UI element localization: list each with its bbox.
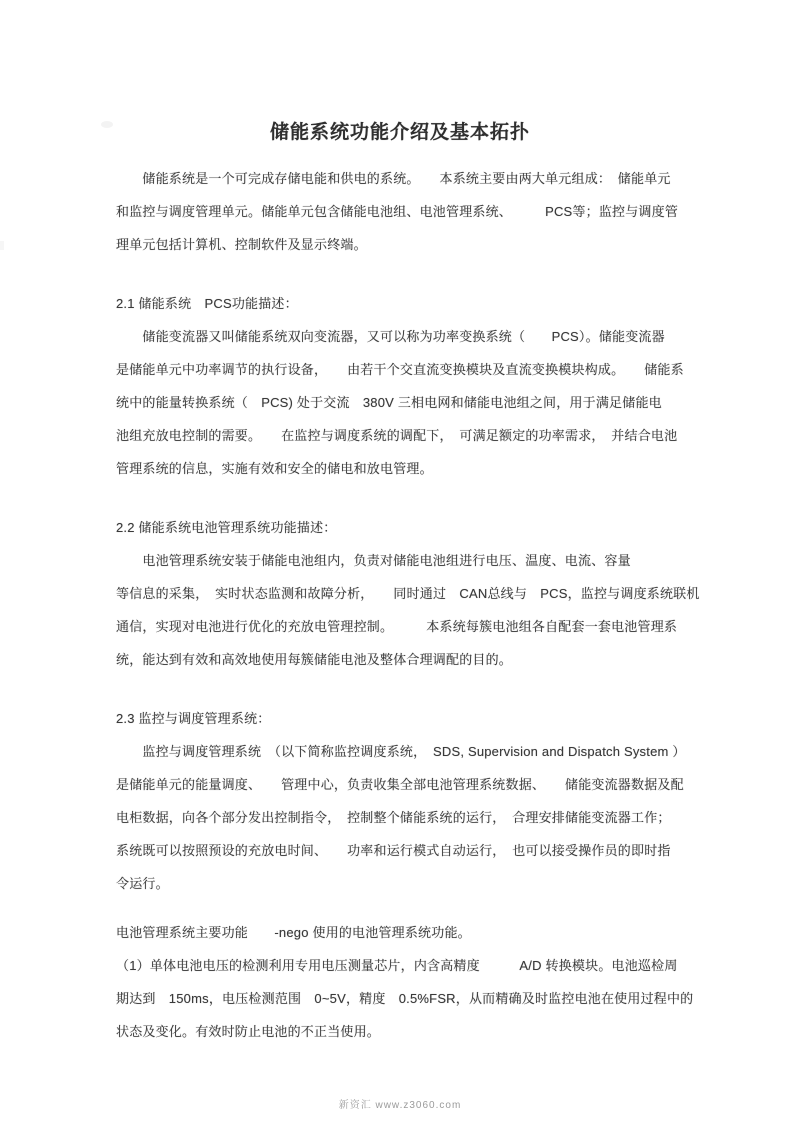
document-body: 储能系统是一个可完成存储电能和供电的系统。 本系统主要由两大单元组成： 储能单元… [116, 162, 696, 1048]
section-heading-2-3: 2.3 监控与调度管理系统： [116, 702, 696, 735]
paragraph-line: 期达到 150ms，电压检测范围 0~5V，精度 0.5%FSR，从而精确及时监… [116, 982, 696, 1015]
document-page: 储能系统功能介绍及基本拓扑 储能系统是一个可完成存储电能和供电的系统。 本系统主… [0, 0, 800, 1132]
paragraph-line: 令运行。 [116, 867, 696, 900]
intro-paragraph: 储能系统是一个可完成存储电能和供电的系统。 本系统主要由两大单元组成： 储能单元… [116, 162, 696, 261]
paragraph-line: 通信，实现对电池进行优化的充放电管理控制。 本系统每簇电池组各自配套一套电池管理… [116, 610, 696, 643]
paragraph-line: 系统既可以按照预设的充放电时间、 功率和运行模式自动运行， 也可以接受操作员的即… [116, 834, 696, 867]
paragraph-line: 监控与调度管理系统 （以下简称监控调度系统， SDS, Supervision … [116, 735, 696, 768]
paragraph-line: 等信息的采集， 实时状态监测和故障分析， 同时通过 CAN总线与 PCS，监控与… [116, 577, 696, 610]
footer-watermark: 新资汇 www.z3060.com [0, 1096, 800, 1111]
scan-artifact [101, 121, 113, 128]
paragraph-line: （1）单体电池电压的检测利用专用电压测量芯片，内含高精度 A/D 转换模块。电池… [116, 949, 696, 982]
page-title: 储能系统功能介绍及基本拓扑 [0, 0, 800, 145]
paragraph-line: 是储能单元的能量调度、 管理中心，负责收集全部电池管理系统数据、 储能变流器数据… [116, 768, 696, 801]
paragraph-line: 电柜数据，向各个部分发出控制指令， 控制整个储能系统的运行， 合理安排储能变流器… [116, 801, 696, 834]
paragraph-line: 电池管理系统主要功能 -nego 使用的电池管理系统功能。 [116, 916, 696, 949]
section-2-3-paragraph: 监控与调度管理系统 （以下简称监控调度系统， SDS, Supervision … [116, 735, 696, 900]
paragraph-line: 理单元包括计算机、控制软件及显示终端。 [116, 228, 696, 261]
paragraph-line: 储能系统是一个可完成存储电能和供电的系统。 本系统主要由两大单元组成： 储能单元 [116, 162, 696, 195]
bms-functions-paragraph: 电池管理系统主要功能 -nego 使用的电池管理系统功能。 [116, 916, 696, 949]
paragraph-line: 状态及变化。有效时防止电池的不正当使用。 [116, 1015, 696, 1048]
paragraph-line: 是储能单元中功率调节的执行设备， 由若干个交直流变换模块及直流变换模块构成。 储… [116, 353, 696, 386]
paragraph-line: 统中的能量转换系统（ PCS) 处于交流 380V 三相电网和储能电池组之间，用… [116, 386, 696, 419]
paragraph-line: 储能变流器又叫储能系统双向变流器，又可以称为功率变换系统（ PCS）。储能变流器 [116, 320, 696, 353]
section-2-2-paragraph: 电池管理系统安装于储能电池组内，负责对储能电池组进行电压、温度、电流、容量 等信… [116, 544, 696, 676]
paragraph-line: 和监控与调度管理单元。储能单元包含储能电池组、电池管理系统、 PCS等；监控与调… [116, 195, 696, 228]
section-heading-2-1: 2.1 储能系统 PCS功能描述： [116, 287, 696, 320]
paragraph-line: 电池管理系统安装于储能电池组内，负责对储能电池组进行电压、温度、电流、容量 [116, 544, 696, 577]
paragraph-line: 池组充放电控制的需要。 在监控与调度系统的调配下， 可满足额定的功率需求， 并结… [116, 419, 696, 452]
section-2-1-paragraph: 储能变流器又叫储能系统双向变流器，又可以称为功率变换系统（ PCS）。储能变流器… [116, 320, 696, 485]
section-heading-2-2: 2.2 储能系统电池管理系统功能描述： [116, 511, 696, 544]
scan-artifact [0, 241, 4, 250]
item-1-paragraph: （1）单体电池电压的检测利用专用电压测量芯片，内含高精度 A/D 转换模块。电池… [116, 949, 696, 1048]
paragraph-line: 管理系统的信息，实施有效和安全的储电和放电管理。 [116, 452, 696, 485]
paragraph-line: 统，能达到有效和高效地使用每簇储能电池及整体合理调配的目的。 [116, 643, 696, 676]
